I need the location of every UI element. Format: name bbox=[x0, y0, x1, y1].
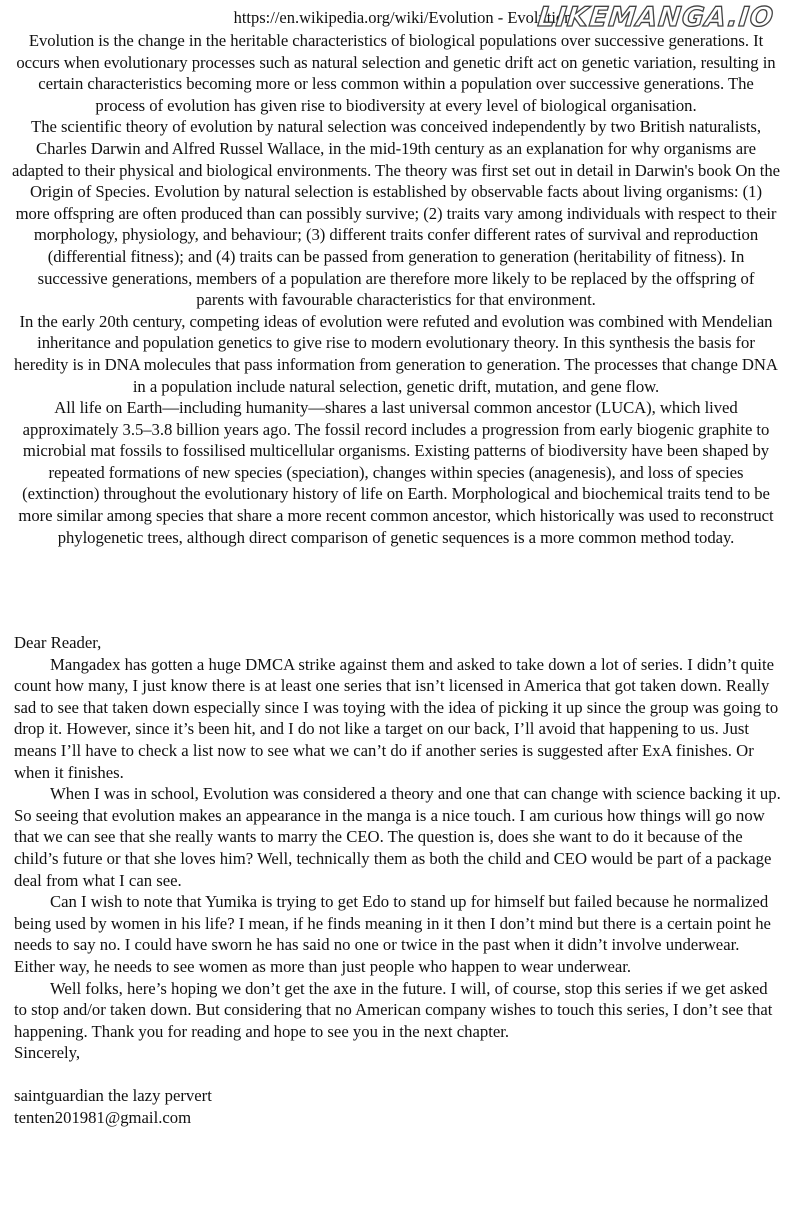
wiki-paragraph: Evolution is the change in the heritable… bbox=[12, 30, 780, 116]
letter-paragraph: Well folks, here’s hoping we don’t get t… bbox=[14, 978, 784, 1043]
source-url-text: https://en.wikipedia.org/wiki/Evolution … bbox=[234, 8, 573, 28]
translator-letter: Dear Reader, Mangadex has gotten a huge … bbox=[14, 632, 784, 1129]
letter-paragraph: Mangadex has gotten a huge DMCA strike a… bbox=[14, 654, 784, 784]
letter-closing: Sincerely, bbox=[14, 1042, 784, 1064]
signature-email[interactable]: tenten201981@gmail.com bbox=[14, 1107, 784, 1129]
wiki-paragraph: All life on Earth—including humanity—sha… bbox=[12, 397, 780, 548]
letter-salutation: Dear Reader, bbox=[14, 632, 784, 654]
spacer bbox=[14, 1064, 784, 1086]
letter-paragraph: When I was in school, Evolution was cons… bbox=[14, 783, 784, 891]
wiki-paragraph: The scientific theory of evolution by na… bbox=[12, 116, 780, 310]
wiki-paragraph: In the early 20th century, competing ide… bbox=[12, 311, 780, 397]
signature-name: saintguardian the lazy pervert bbox=[14, 1085, 784, 1107]
letter-paragraph: Can I wish to note that Yumika is trying… bbox=[14, 891, 784, 977]
wikipedia-excerpt: Evolution is the change in the heritable… bbox=[12, 30, 780, 548]
